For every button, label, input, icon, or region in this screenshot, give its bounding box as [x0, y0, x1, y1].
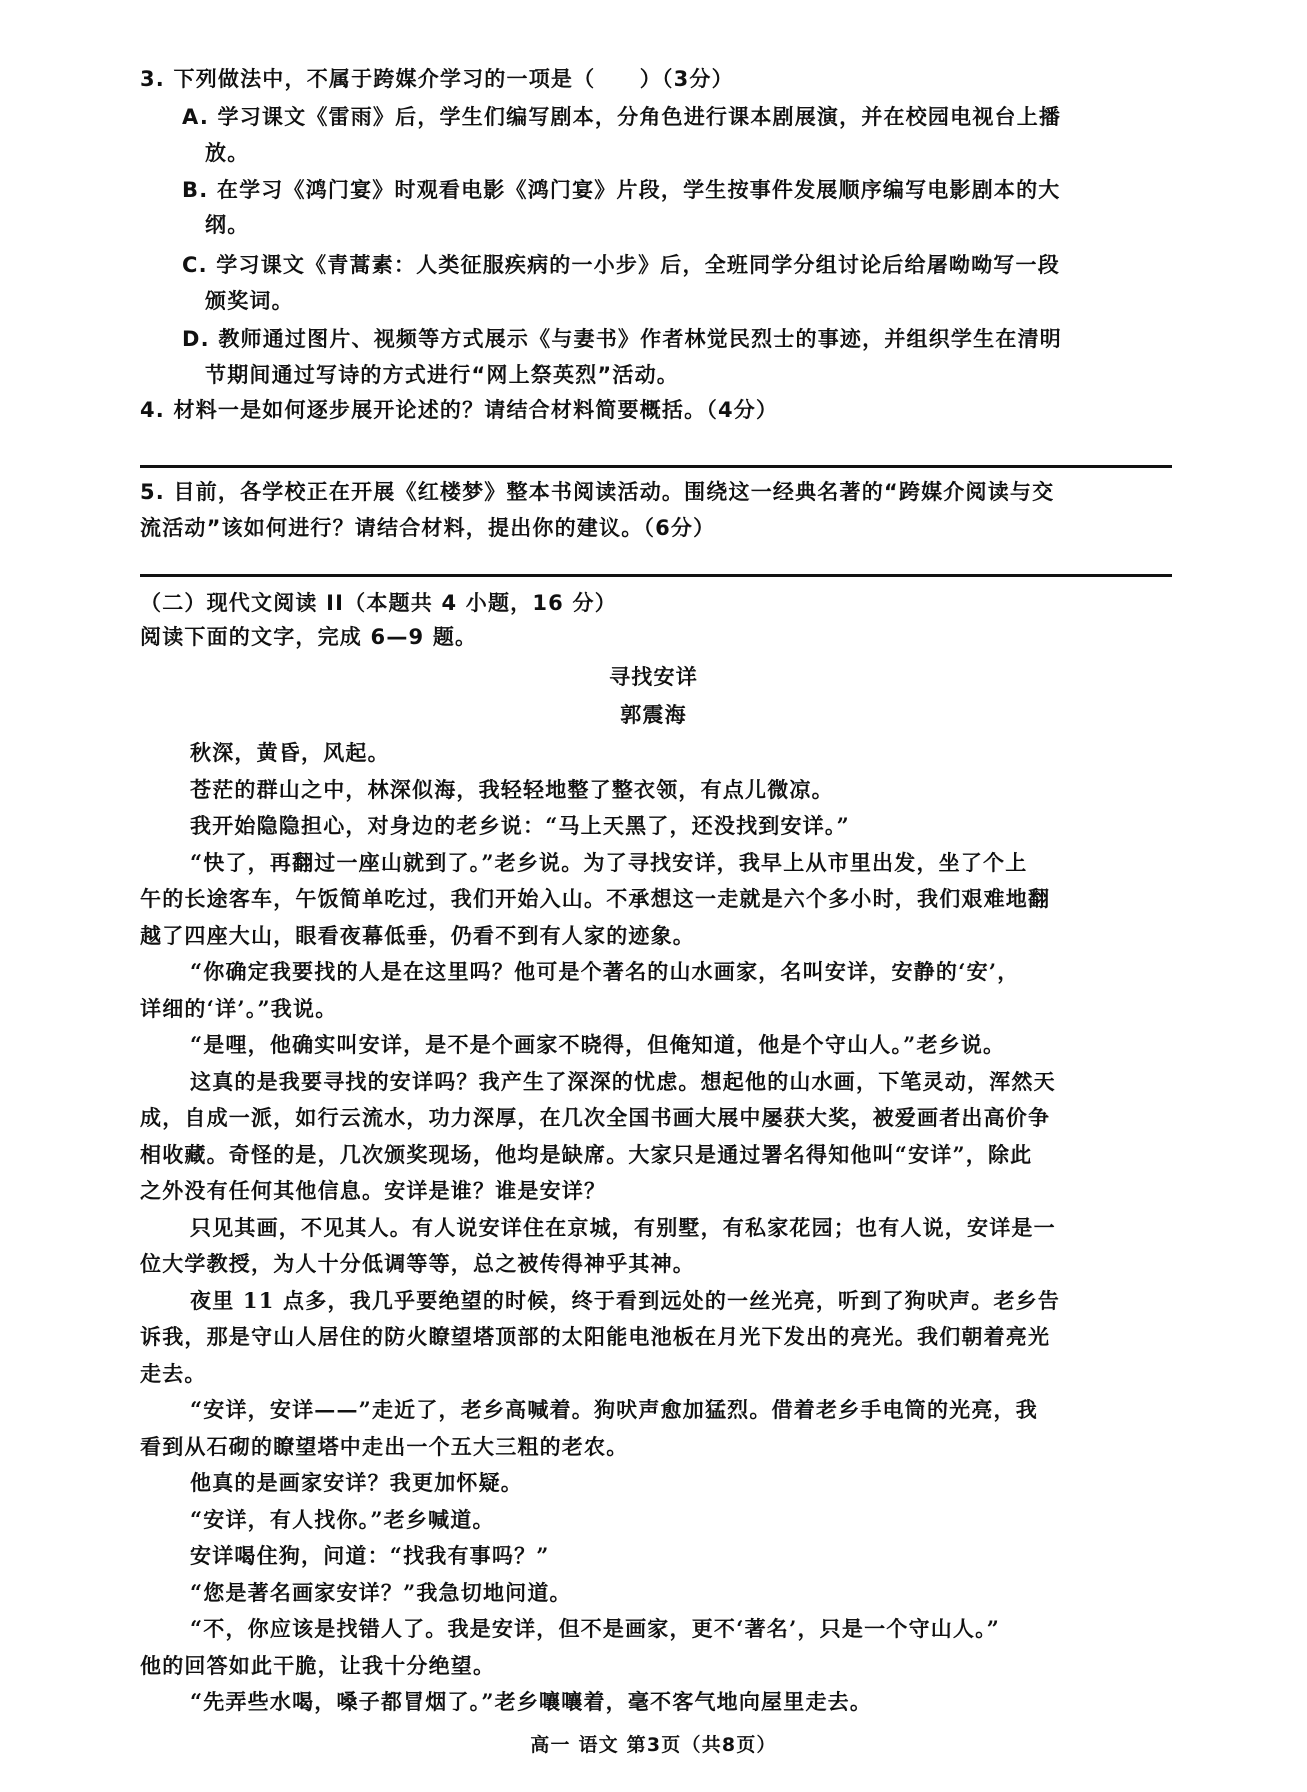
question-3-stem: 3. 下列做法中，不属于跨媒介学习的一项是（ ）（3分）: [140, 64, 734, 94]
q3-option-b-line2: 纲。: [205, 210, 249, 240]
passage-line: 我开始隐隐担心，对身边的老乡说：“马上天黑了，还没找到安详。”: [190, 811, 850, 841]
section-2-instruction: 阅读下面的文字，完成 6—9 题。: [140, 622, 477, 652]
passage-line: “安详，有人找你。”老乡喊道。: [190, 1505, 495, 1535]
passage-line: 相收藏。奇怪的是，几次颁奖现场，他均是缺席。大家只是通过署名得知他叫“安详”，除…: [140, 1140, 1032, 1170]
passage-line: 位大学教授，为人十分低调等等，总之被传得神乎其神。: [140, 1249, 695, 1279]
passage-line: “先弄些水喝，嗓子都冒烟了。”老乡嚷嚷着，毫不客气地向屋里走去。: [190, 1687, 872, 1717]
passage-line: 诉我，那是守山人居住的防火瞭望塔顶部的太阳能电池板在月光下发出的亮光。我们朝着亮…: [140, 1322, 1050, 1352]
passage-line: “快了，再翻过一座山就到了。”老乡说。为了寻找安详，我早上从市里出发，坐了个上: [190, 848, 1027, 878]
passage-line: 走去。: [140, 1359, 207, 1389]
passage-line: 之外没有任何其他信息。安详是谁？谁是安详？: [140, 1176, 606, 1206]
passage-line: “你确定我要找的人是在这里吗？他可是个著名的山水画家，名叫安详，安静的‘安’，: [190, 957, 1020, 987]
passage-line: 他的回答如此干脆，让我十分绝望。: [140, 1651, 495, 1681]
section-2-heading: （二）现代文阅读 II（本题共 4 小题，16 分）: [140, 588, 617, 618]
passage-line: 详细的‘详’。”我说。: [140, 994, 337, 1024]
passage-title: 寻找安详: [0, 662, 1307, 692]
q3-option-b-line1: B. 在学习《鸿门宴》时观看电影《鸿门宴》片段，学生按事件发展顺序编写电影剧本的…: [182, 175, 1061, 205]
passage-line: “是哩，他确实叫安详，是不是个画家不晓得，但俺知道，他是个守山人。”老乡说。: [190, 1030, 1005, 1060]
q4-answer-line: [140, 465, 1172, 468]
q3-option-c-line2: 颁奖词。: [205, 286, 294, 316]
passage-line: 夜里 11 点多，我几乎要绝望的时候，终于看到远处的一丝光亮，听到了狗吠声。老乡…: [190, 1286, 1060, 1316]
passage-author: 郭震海: [0, 700, 1307, 730]
q3-option-d-line2: 节期间通过写诗的方式进行“网上祭英烈”活动。: [205, 360, 679, 390]
q3-option-a-line1: A. 学习课文《雷雨》后，学生们编写剧本，分角色进行课本剧展演，并在校园电视台上…: [182, 102, 1061, 132]
passage-line: 成，自成一派，如行云流水，功力深厚，在几次全国书画大展中屡获大奖，被爱画者出高价…: [140, 1103, 1050, 1133]
q3-option-d-line1: D. 教师通过图片、视频等方式展示《与妻书》作者林觉民烈士的事迹，并组织学生在清…: [182, 324, 1062, 354]
passage-line: 秋深，黄昏，风起。: [190, 738, 390, 768]
passage-line: “不，你应该是找错人了。我是安详，但不是画家，更不‘著名’，只是一个守山人。”: [190, 1614, 1000, 1644]
passage-line: 越了四座大山，眼看夜幕低垂，仍看不到有人家的迹象。: [140, 921, 695, 951]
passage-line: 看到从石砌的瞭望塔中走出一个五大三粗的老农。: [140, 1432, 628, 1462]
q3-option-c-line1: C. 学习课文《青蒿素：人类征服疾病的一小步》后，全班同学分组讨论后给屠呦呦写一…: [182, 250, 1060, 280]
passage-line: 他真的是画家安详？我更加怀疑。: [190, 1468, 523, 1498]
q5-answer-line: [140, 574, 1172, 577]
passage-line: “您是著名画家安详？”我急切地问道。: [190, 1578, 572, 1608]
passage-line: 这真的是我要寻找的安详吗？我产生了深深的忧虑。想起他的山水画，下笔灵动，浑然天: [190, 1067, 1056, 1097]
q3-option-a-line2: 放。: [205, 138, 249, 168]
question-5-line2: 流活动”该如何进行？请结合材料，提出你的建议。（6分）: [140, 513, 715, 543]
passage-line: 苍茫的群山之中，林深似海，我轻轻地整了整衣领，有点儿微凉。: [190, 775, 834, 805]
question-5-line1: 5. 目前，各学校正在开展《红楼梦》整本书阅读活动。围绕这一经典名著的“跨媒介阅…: [140, 477, 1054, 507]
passage-line: 只见其画，不见其人。有人说安详住在京城，有别墅，有私家花园；也有人说，安详是一: [190, 1213, 1056, 1243]
page-footer: 高一 语文 第3页（共8页）: [0, 1730, 1307, 1760]
passage-line: 午的长途客车，午饭简单吃过，我们开始入山。不承想这一走就是六个多小时，我们艰难地…: [140, 884, 1050, 914]
passage-line: “安详，安详——”走近了，老乡高喊着。狗吠声愈加猛烈。借着老乡手电筒的光亮，我: [190, 1395, 1038, 1425]
question-4-stem: 4. 材料一是如何逐步展开论述的？请结合材料简要概括。（4分）: [140, 395, 778, 425]
passage-line: 安详喝住狗，问道：“找我有事吗？”: [190, 1541, 550, 1571]
